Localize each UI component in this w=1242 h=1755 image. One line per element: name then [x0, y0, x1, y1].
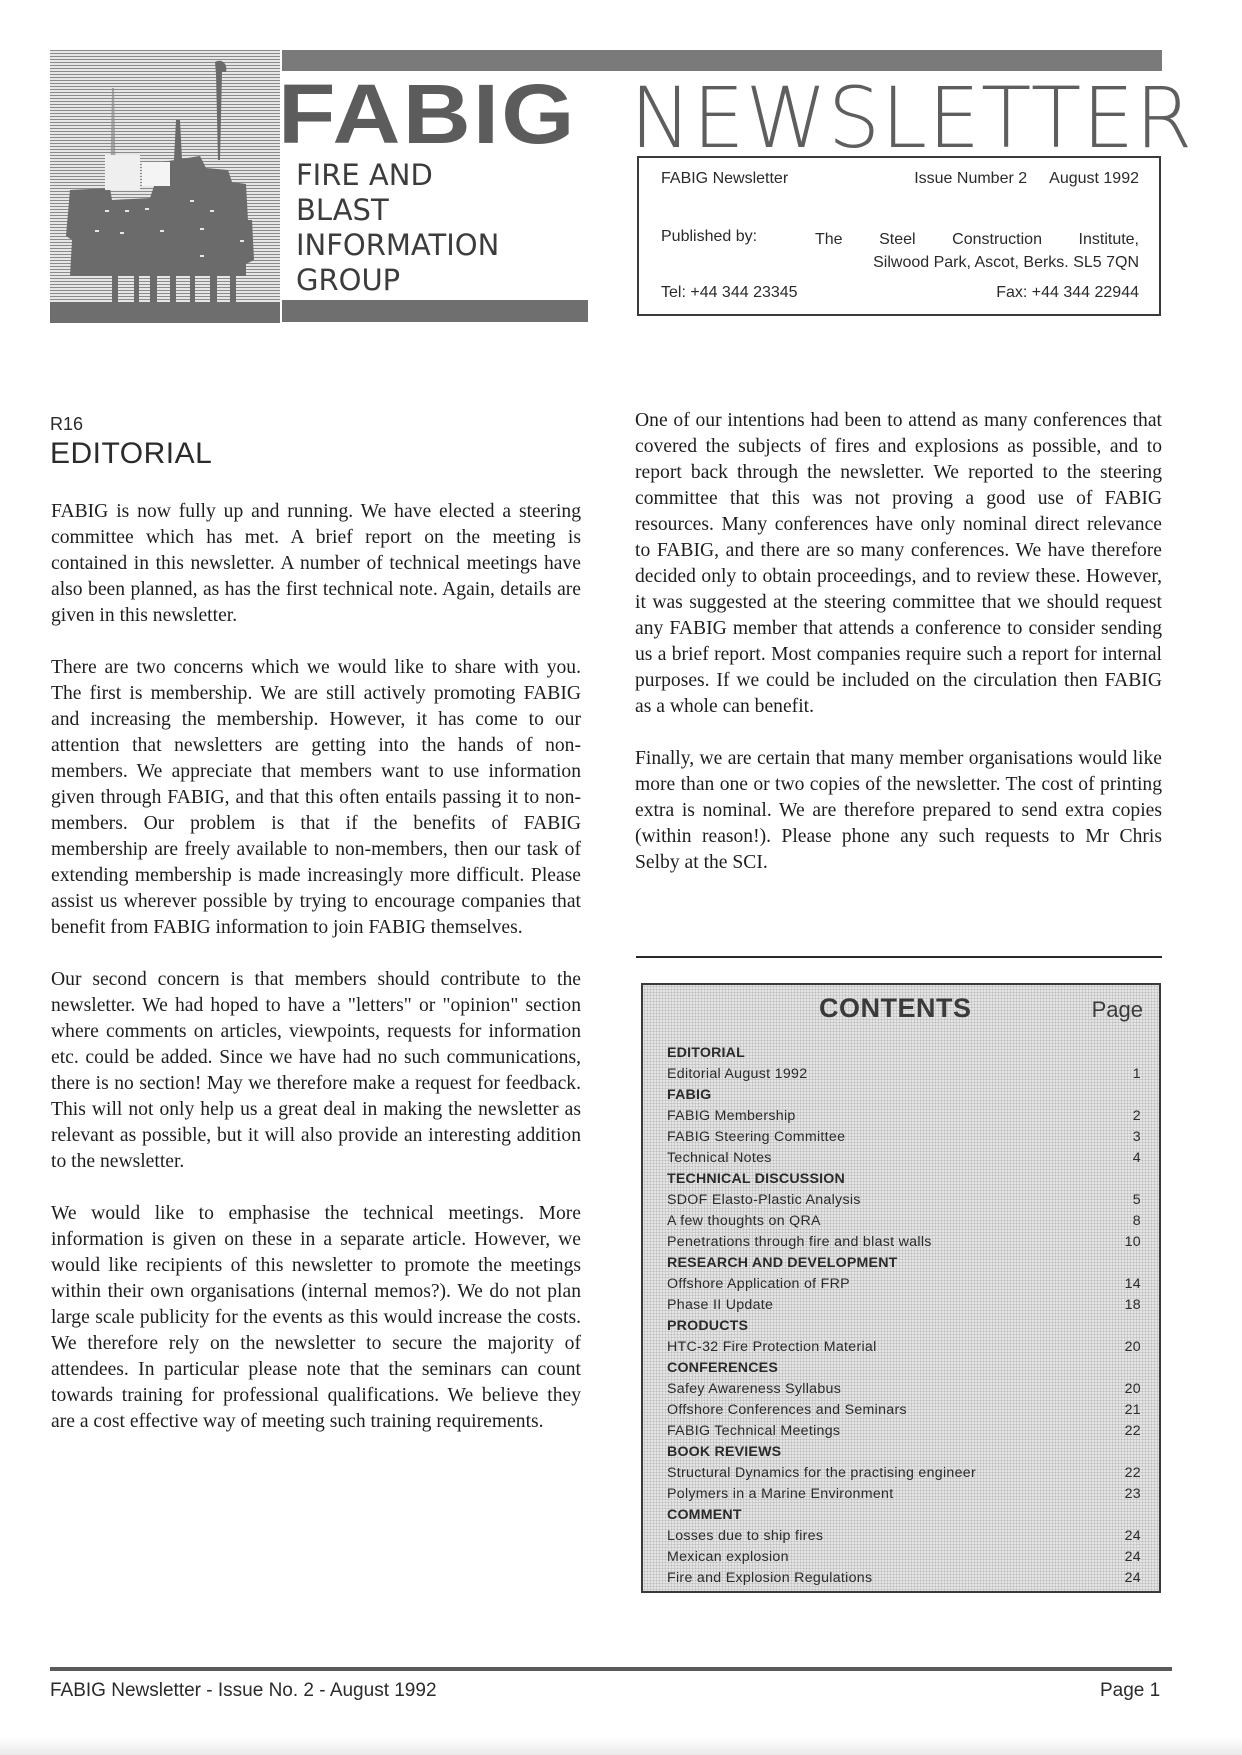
- contents-entry: FABIG Steering Committee3: [667, 1127, 1141, 1148]
- contents-section-header: TECHNICAL DISCUSSION: [667, 1169, 1141, 1190]
- contents-entry: Technical Notes4: [667, 1148, 1141, 1169]
- offshore-platform-icon: [50, 50, 280, 323]
- contents-entry: Editorial August 19921: [667, 1064, 1141, 1085]
- paragraph: We would like to emphasise the technical…: [51, 1201, 581, 1435]
- contents-entry-page: 22: [1125, 1463, 1141, 1484]
- contents-entry-label: Mexican explosion: [667, 1547, 789, 1568]
- org-line: GROUP: [296, 263, 499, 298]
- contents-entry: Penetrations through fire and blast wall…: [667, 1232, 1141, 1253]
- issue-number: Issue Number 2: [914, 170, 1027, 188]
- contents-entry: FABIG Technical Meetings22: [667, 1421, 1141, 1442]
- contents-entry-label: Technical Notes: [667, 1148, 772, 1169]
- contents-entry-page: 24: [1125, 1547, 1141, 1568]
- contents-title: CONTENTS: [819, 993, 972, 1024]
- scan-page-edge: [0, 1737, 1242, 1755]
- paragraph: FABIG is now fully up and running. We ha…: [51, 499, 581, 629]
- contents-entry: Structural Dynamics for the practising e…: [667, 1463, 1141, 1484]
- contents-entry-label: HTC-32 Fire Protection Material: [667, 1337, 877, 1358]
- column-divider-rule: [636, 956, 1162, 958]
- contents-entry-label: FABIG Membership: [667, 1106, 796, 1127]
- contents-section-header: EDITORIAL: [667, 1043, 1141, 1064]
- contents-entry-page: 21: [1125, 1400, 1141, 1421]
- contents-entry-label: PRODUCTS: [667, 1316, 748, 1337]
- contents-entry-page: 24: [1125, 1568, 1141, 1589]
- contents-entry-label: Fire and Explosion Regulations: [667, 1568, 872, 1589]
- contents-entry: Phase II Update18: [667, 1295, 1141, 1316]
- contents-entry-page: 2: [1133, 1106, 1141, 1127]
- contents-entry-label: Editorial August 1992: [667, 1064, 807, 1085]
- contents-entry-label: COMMENT: [667, 1505, 742, 1526]
- contents-section-header: CONFERENCES: [667, 1358, 1141, 1379]
- contents-entry-label: RESEARCH AND DEVELOPMENT: [667, 1253, 898, 1274]
- section-reference: R16: [50, 414, 83, 435]
- publication-name: FABIG Newsletter: [661, 170, 788, 188]
- paragraph: There are two concerns which we would li…: [51, 655, 581, 941]
- publisher-line-2: Silwood Park, Ascot, Berks. SL5 7QN: [815, 251, 1139, 274]
- contents-entry: Polymers in a Marine Environment23: [667, 1484, 1141, 1505]
- contents-section-header: BOOK REVIEWS: [667, 1442, 1141, 1463]
- paragraph: Our second concern is that members shoul…: [51, 967, 581, 1175]
- contents-entry-label: Penetrations through fire and blast wall…: [667, 1232, 932, 1253]
- contents-entry: Offshore Conferences and Seminars21: [667, 1400, 1141, 1421]
- contents-entry-label: BOOK REVIEWS: [667, 1442, 781, 1463]
- fax: Fax: +44 344 22944: [996, 284, 1139, 302]
- org-line: INFORMATION: [296, 228, 499, 263]
- contents-section-header: COMMENT: [667, 1505, 1141, 1526]
- contents-entry-label: Losses due to ship fires: [667, 1526, 823, 1547]
- contents-entry-page: 24: [1125, 1526, 1141, 1547]
- paragraph: Finally, we are certain that many member…: [635, 746, 1162, 876]
- contents-section-header: RESEARCH AND DEVELOPMENT: [667, 1253, 1141, 1274]
- paragraph: One of our intentions had been to attend…: [635, 408, 1162, 720]
- publication-info-box: FABIG Newsletter Issue Number 2 August 1…: [637, 156, 1161, 316]
- newsletter-title: NEWSLETTER: [630, 76, 1193, 160]
- contents-entry-page: 1: [1133, 1064, 1141, 1085]
- contents-entry-label: Polymers in a Marine Environment: [667, 1484, 893, 1505]
- org-line: BLAST: [296, 193, 499, 228]
- contents-entry: Losses due to ship fires24: [667, 1526, 1141, 1547]
- contents-entry-label: A few thoughts on QRA: [667, 1211, 821, 1232]
- contents-entry-label: Phase II Update: [667, 1295, 773, 1316]
- telephone: Tel: +44 344 23345: [661, 284, 798, 302]
- contents-entry-label: FABIG: [667, 1085, 711, 1106]
- org-line: FIRE AND: [296, 158, 499, 193]
- contents-box: CONTENTS Page EDITORIALEditorial August …: [641, 983, 1161, 1593]
- publisher-address: The Steel Construction Institute, Silwoo…: [815, 228, 1139, 274]
- contents-entry-page: 4: [1133, 1148, 1141, 1169]
- contents-entry-page: 8: [1133, 1211, 1141, 1232]
- contents-section-header: FABIG: [667, 1085, 1141, 1106]
- contents-entry: A few thoughts on QRA8: [667, 1211, 1141, 1232]
- contents-entry-label: EDITORIAL: [667, 1043, 745, 1064]
- contents-page-label: Page: [1092, 997, 1143, 1023]
- contents-entry-label: Offshore Conferences and Seminars: [667, 1400, 907, 1421]
- issue-date: August 1992: [1049, 170, 1139, 188]
- contents-entry-label: TECHNICAL DISCUSSION: [667, 1169, 845, 1190]
- contents-entry-label: CONFERENCES: [667, 1358, 778, 1379]
- contents-entry-page: 14: [1125, 1274, 1141, 1295]
- footer-rule: [50, 1667, 1172, 1671]
- contents-entry: Offshore Application of FRP14: [667, 1274, 1141, 1295]
- publisher-line-1: The Steel Construction Institute,: [815, 228, 1139, 251]
- footer-issue-info: FABIG Newsletter - Issue No. 2 - August …: [50, 1680, 437, 1702]
- table-of-contents: EDITORIALEditorial August 19921FABIGFABI…: [667, 1043, 1141, 1589]
- contents-section-header: PRODUCTS: [667, 1316, 1141, 1337]
- contents-entry-page: 18: [1125, 1295, 1141, 1316]
- contents-entry-page: 5: [1133, 1190, 1141, 1211]
- contents-entry-page: 22: [1125, 1421, 1141, 1442]
- contents-entry-page: 23: [1125, 1484, 1141, 1505]
- contents-entry-page: 20: [1125, 1379, 1141, 1400]
- contents-entry-page: 3: [1133, 1127, 1141, 1148]
- editorial-left-column: FABIG is now fully up and running. We ha…: [51, 499, 581, 1461]
- organisation-name: FIRE AND BLAST INFORMATION GROUP: [296, 158, 499, 298]
- contents-entry-page: 20: [1125, 1337, 1141, 1358]
- contents-entry-label: SDOF Elasto-Plastic Analysis: [667, 1190, 861, 1211]
- published-by-label: Published by:: [661, 228, 757, 246]
- contents-entry: Mexican explosion24: [667, 1547, 1141, 1568]
- contents-entry: FABIG Membership2: [667, 1106, 1141, 1127]
- contents-entry-label: Safey Awareness Syllabus: [667, 1379, 841, 1400]
- editorial-right-column: One of our intentions had been to attend…: [635, 408, 1162, 902]
- contents-entry: SDOF Elasto-Plastic Analysis5: [667, 1190, 1141, 1211]
- contents-entry: Safey Awareness Syllabus20: [667, 1379, 1141, 1400]
- contents-entry-label: Structural Dynamics for the practising e…: [667, 1463, 976, 1484]
- contents-entry: HTC-32 Fire Protection Material20: [667, 1337, 1141, 1358]
- contents-entry-label: Offshore Application of FRP: [667, 1274, 850, 1295]
- section-title: EDITORIAL: [50, 437, 212, 471]
- offshore-platform-photo: [50, 50, 280, 323]
- header-bar-bottom: [282, 300, 588, 322]
- contents-entry-label: FABIG Steering Committee: [667, 1127, 845, 1148]
- contents-entry: Fire and Explosion Regulations24: [667, 1568, 1141, 1589]
- fabig-logo: FABIG: [278, 72, 577, 156]
- contents-entry-page: 10: [1125, 1232, 1141, 1253]
- contents-entry-label: FABIG Technical Meetings: [667, 1421, 840, 1442]
- footer-page-number: Page 1: [1100, 1680, 1160, 1702]
